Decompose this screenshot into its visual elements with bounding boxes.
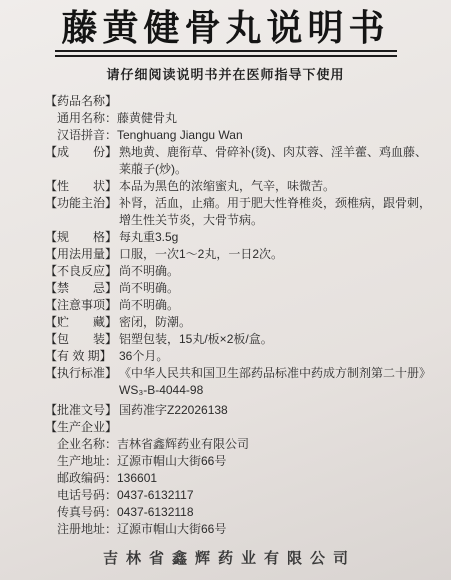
field-dosage: 【用法用量】 口服，一次1～2丸，一日2次。 (45, 246, 437, 263)
field-description-label: 【性 状】 (45, 178, 119, 195)
generic-name-line: 通用名称：藤黄健骨丸 (45, 110, 437, 127)
drug-leaflet: 藤黄健骨丸说明书 请仔细阅读说明书并在医师指导下使用 【药品名称】 通用名称：藤… (0, 0, 451, 580)
manufacturer-zip-line: 邮政编码：136601 (45, 470, 437, 487)
field-contraindications-value: 尚不明确。 (119, 280, 437, 297)
field-indications: 【功能主治】 补肾，活血，止痛。用于肥大性脊椎炎，颈椎病，跟骨刺，增生性关节炎，… (45, 195, 437, 229)
field-adverse-reactions-value: 尚不明确。 (119, 263, 437, 280)
field-manufacturer-label: 【生产企业】 (45, 419, 119, 436)
field-description: 【性 状】 本品为黑色的浓缩蜜丸，气辛，味微苦。 (45, 178, 437, 195)
field-indications-label: 【功能主治】 (45, 195, 119, 212)
field-description-value: 本品为黑色的浓缩蜜丸，气辛，味微苦。 (119, 178, 437, 195)
field-standard-label: 【执行标准】 (45, 365, 119, 382)
field-validity-label: 【有 效 期】 (45, 348, 119, 365)
field-approval-number-label: 【批准文号】 (45, 402, 119, 419)
field-storage-value: 密闭，防潮。 (119, 314, 437, 331)
manufacturer-reg-address-line: 注册地址：辽源市帽山大街66号 (45, 521, 437, 538)
field-ingredients-label: 【成 份】 (45, 144, 119, 161)
usage-notice: 请仔细阅读说明书并在医师指导下使用 (0, 64, 451, 83)
field-storage: 【贮 藏】 密闭，防潮。 (45, 314, 437, 331)
field-contraindications: 【禁 忌】 尚不明确。 (45, 280, 437, 297)
field-validity: 【有 效 期】 36个月。 (45, 348, 437, 365)
field-drug-name: 【药品名称】 (45, 93, 437, 110)
field-drug-name-label: 【药品名称】 (45, 93, 119, 110)
field-manufacturer: 【生产企业】 (45, 419, 437, 436)
field-indications-value: 补肾，活血，止痛。用于肥大性脊椎炎，颈椎病，跟骨刺，增生性关节炎，大骨节病。 (119, 195, 437, 229)
field-contraindications-label: 【禁 忌】 (45, 280, 119, 297)
field-precautions: 【注意事项】 尚不明确。 (45, 297, 437, 314)
field-precautions-value: 尚不明确。 (119, 297, 437, 314)
page-title: 藤黄健骨丸说明书 (0, 7, 451, 48)
manufacturer-fax-line: 传真号码：0437-6132118 (45, 504, 437, 521)
manufacturer-address-line: 生产地址：辽源市帽山大街66号 (45, 453, 437, 470)
standard-title-line: 《中华人民共和国卫生部药品标准中药成方制剂第二十册》 (119, 365, 437, 382)
field-adverse-reactions: 【不良反应】 尚不明确。 (45, 263, 437, 280)
field-specification: 【规 格】 每丸重3.5g (45, 229, 437, 246)
field-dosage-value: 口服，一次1～2丸，一日2次。 (119, 246, 437, 263)
field-ingredients: 【成 份】 熟地黄、鹿衔草、骨碎补(烫)、肉苁蓉、淫羊藿、鸡血藤、莱菔子(炒)。 (45, 144, 437, 178)
field-specification-label: 【规 格】 (45, 229, 119, 246)
field-specification-value: 每丸重3.5g (119, 229, 437, 246)
field-validity-value: 36个月。 (119, 348, 437, 365)
field-package: 【包 装】 铝塑包装，15丸/板×2板/盒。 (45, 331, 437, 348)
manufacturer-company-line: 企业名称：吉林省鑫辉药业有限公司 (45, 436, 437, 453)
leaflet-body: 【药品名称】 通用名称：藤黄健骨丸 汉语拼音：Tenghuang Jiangu … (0, 83, 451, 538)
standard-code-line: WS₃-B-4044-98 (119, 382, 437, 399)
pinyin-line: 汉语拼音：Tenghuang Jiangu Wan (45, 127, 437, 144)
field-approval-number: 【批准文号】 国药准字Z22026138 (45, 402, 437, 419)
field-dosage-label: 【用法用量】 (45, 246, 119, 263)
field-standard-value: 《中华人民共和国卫生部药品标准中药成方制剂第二十册》 WS₃-B-4044-98 (119, 365, 437, 399)
manufacturer-phone-line: 电话号码：0437-6132117 (45, 487, 437, 504)
field-adverse-reactions-label: 【不良反应】 (45, 263, 119, 280)
field-storage-label: 【贮 藏】 (45, 314, 119, 331)
field-ingredients-value: 熟地黄、鹿衔草、骨碎补(烫)、肉苁蓉、淫羊藿、鸡血藤、莱菔子(炒)。 (119, 144, 437, 178)
field-approval-number-value: 国药准字Z22026138 (119, 402, 437, 419)
field-standard: 【执行标准】 《中华人民共和国卫生部药品标准中药成方制剂第二十册》 WS₃-B-… (45, 365, 437, 399)
field-package-value: 铝塑包装，15丸/板×2板/盒。 (119, 331, 437, 348)
field-precautions-label: 【注意事项】 (45, 297, 119, 314)
field-package-label: 【包 装】 (45, 331, 119, 348)
footer-company-name: 吉林省鑫辉药业有限公司 (0, 547, 451, 568)
title-double-underline (55, 50, 397, 57)
